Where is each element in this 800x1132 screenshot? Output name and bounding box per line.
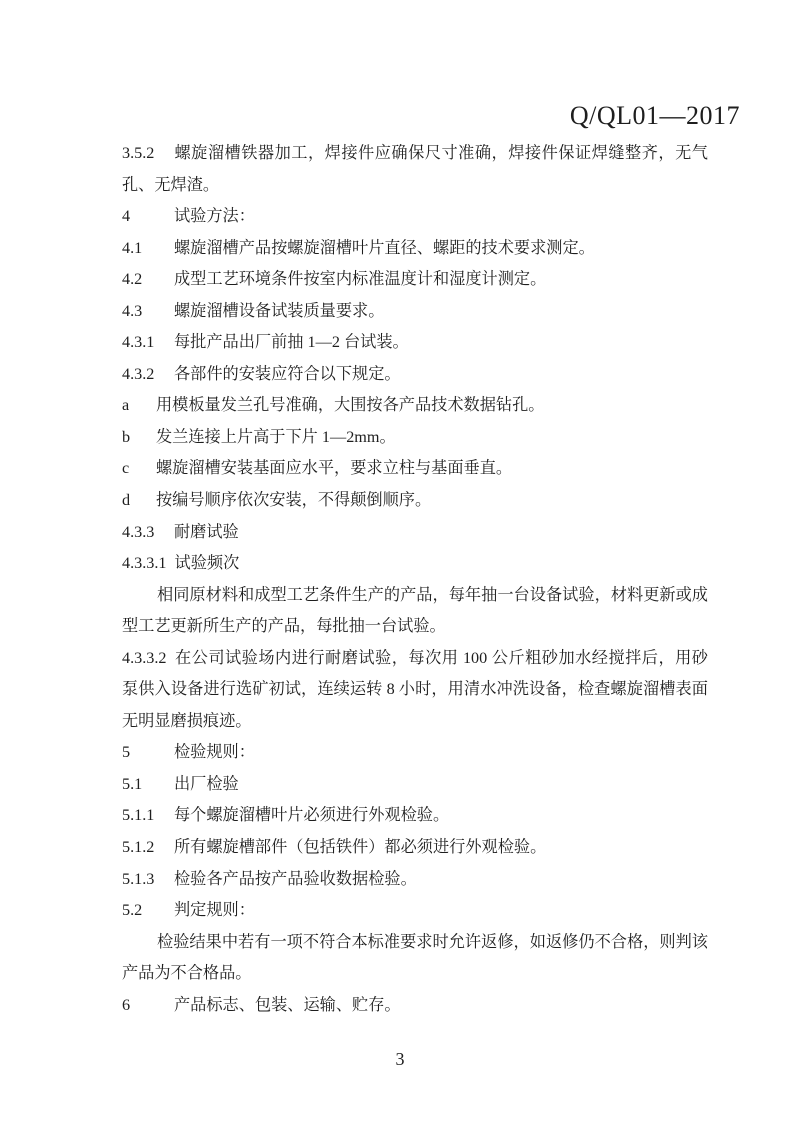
clause-number: 4.1 bbox=[122, 233, 166, 265]
clause-number: 4 bbox=[122, 201, 166, 233]
clause-number: 4.3.3.1 bbox=[122, 548, 167, 580]
clause-5: 5检验规则： bbox=[122, 737, 708, 769]
list-item-a: a用模板量发兰孔号准确，大围按各产品技术数据钻孔。 bbox=[122, 390, 708, 422]
clause-text: 螺旋溜槽铁器加工，焊接件应确保尺寸准确，焊接件保证焊缝整齐，无气孔、无焊渣。 bbox=[122, 144, 708, 194]
clause-text: 出厂检验 bbox=[174, 775, 239, 793]
clause-number: 4.3.2 bbox=[122, 359, 166, 391]
paragraph-judgement: 检验结果中若有一项不符合本标准要求时允许返修，如返修仍不合格，则判该产品为不合格… bbox=[122, 927, 708, 990]
clause-text: 所有螺旋槽部件（包括铁件）都必须进行外观检验。 bbox=[174, 838, 546, 856]
clause-number: 4.2 bbox=[122, 264, 166, 296]
list-item-letter: a bbox=[122, 390, 148, 422]
clause-number: 4.3.3.2 bbox=[122, 643, 167, 675]
list-item-letter: d bbox=[122, 485, 148, 517]
clause-text: 螺旋溜槽设备试装质量要求。 bbox=[174, 302, 384, 320]
clause-4-2: 4.2成型工艺环境条件按室内标准温度计和湿度计测定。 bbox=[122, 264, 708, 296]
clause-4-3-3-2: 4.3.3.2在公司试验场内进行耐磨试验，每次用 100 公斤粗砂加水经搅拌后，… bbox=[122, 643, 708, 738]
clause-text: 成型工艺环境条件按室内标准温度计和湿度计测定。 bbox=[174, 270, 546, 288]
clause-number: 6 bbox=[122, 990, 166, 1022]
clause-5-1: 5.1出厂检验 bbox=[122, 769, 708, 801]
clause-number: 5 bbox=[122, 737, 166, 769]
clause-5-1-1: 5.1.1每个螺旋溜槽叶片必须进行外观检验。 bbox=[122, 800, 708, 832]
paragraph-test-frequency: 相同原材料和成型工艺条件生产的产品，每年抽一台设备试验，材料更新或成型工艺更新所… bbox=[122, 580, 708, 643]
clause-text: 试验方法： bbox=[174, 207, 255, 225]
clause-text: 检验规则： bbox=[174, 743, 255, 761]
clause-4-3-1: 4.3.1每批产品出厂前抽 1—2 台试装。 bbox=[122, 327, 708, 359]
list-item-text: 用模板量发兰孔号准确，大围按各产品技术数据钻孔。 bbox=[156, 396, 545, 414]
clause-text: 试验频次 bbox=[175, 554, 240, 572]
clause-5-1-2: 5.1.2所有螺旋槽部件（包括铁件）都必须进行外观检验。 bbox=[122, 832, 708, 864]
clause-number: 4.3.3 bbox=[122, 517, 166, 549]
clause-text: 在公司试验场内进行耐磨试验，每次用 100 公斤粗砂加水经搅拌后，用砂泵供入设备… bbox=[122, 649, 708, 730]
list-item-text: 螺旋溜槽安装基面应水平，要求立柱与基面垂直。 bbox=[156, 459, 512, 477]
clause-4-1: 4.1螺旋溜槽产品按螺旋溜槽叶片直径、螺距的技术要求测定。 bbox=[122, 233, 708, 265]
clause-text: 每批产品出厂前抽 1—2 台试装。 bbox=[174, 333, 409, 351]
clause-4-3-3: 4.3.3耐磨试验 bbox=[122, 517, 708, 549]
clause-4: 4试验方法： bbox=[122, 201, 708, 233]
clause-number: 4.3 bbox=[122, 296, 166, 328]
clause-5-1-3: 5.1.3检验各产品按产品验收数据检验。 bbox=[122, 864, 708, 896]
document-page: Q/QL01—2017 3.5.2螺旋溜槽铁器加工，焊接件应确保尺寸准确，焊接件… bbox=[0, 0, 800, 1132]
document-body: 3.5.2螺旋溜槽铁器加工，焊接件应确保尺寸准确，焊接件保证焊缝整齐，无气孔、无… bbox=[122, 138, 708, 1021]
clause-4-3-3-1: 4.3.3.1试验频次 bbox=[122, 548, 708, 580]
clause-number: 5.2 bbox=[122, 895, 166, 927]
list-item-text: 按编号顺序依次安装，不得颠倒顺序。 bbox=[156, 491, 431, 509]
clause-4-3: 4.3螺旋溜槽设备试装质量要求。 bbox=[122, 296, 708, 328]
page-number: 3 bbox=[0, 1047, 800, 1071]
clause-text: 耐磨试验 bbox=[174, 523, 239, 541]
clause-text: 每个螺旋溜槽叶片必须进行外观检验。 bbox=[174, 806, 449, 824]
list-item-letter: b bbox=[122, 422, 148, 454]
clause-5-2: 5.2判定规则： bbox=[122, 895, 708, 927]
clause-4-3-2: 4.3.2各部件的安装应符合以下规定。 bbox=[122, 359, 708, 391]
clause-text: 检验各产品按产品验收数据检验。 bbox=[174, 870, 417, 888]
clause-number: 5.1.2 bbox=[122, 832, 166, 864]
clause-number: 5.1 bbox=[122, 769, 166, 801]
clause-text: 螺旋溜槽产品按螺旋溜槽叶片直径、螺距的技术要求测定。 bbox=[174, 239, 595, 257]
list-item-letter: c bbox=[122, 453, 148, 485]
clause-3-5-2: 3.5.2螺旋溜槽铁器加工，焊接件应确保尺寸准确，焊接件保证焊缝整齐，无气孔、无… bbox=[122, 138, 708, 201]
clause-text: 产品标志、包装、运输、贮存。 bbox=[174, 996, 401, 1014]
list-item-text: 发兰连接上片高于下片 1—2mm。 bbox=[156, 428, 396, 446]
list-item-d: d按编号顺序依次安装，不得颠倒顺序。 bbox=[122, 485, 708, 517]
clause-text: 判定规则： bbox=[174, 901, 255, 919]
clause-number: 5.1.1 bbox=[122, 800, 166, 832]
clause-number: 4.3.1 bbox=[122, 327, 166, 359]
clause-text: 各部件的安装应符合以下规定。 bbox=[174, 365, 401, 383]
clause-number: 5.1.3 bbox=[122, 864, 166, 896]
clause-number: 3.5.2 bbox=[122, 138, 166, 170]
document-code-header: Q/QL01—2017 bbox=[122, 101, 740, 131]
list-item-c: c螺旋溜槽安装基面应水平，要求立柱与基面垂直。 bbox=[122, 453, 708, 485]
clause-6: 6产品标志、包装、运输、贮存。 bbox=[122, 990, 708, 1022]
list-item-b: b发兰连接上片高于下片 1—2mm。 bbox=[122, 422, 708, 454]
